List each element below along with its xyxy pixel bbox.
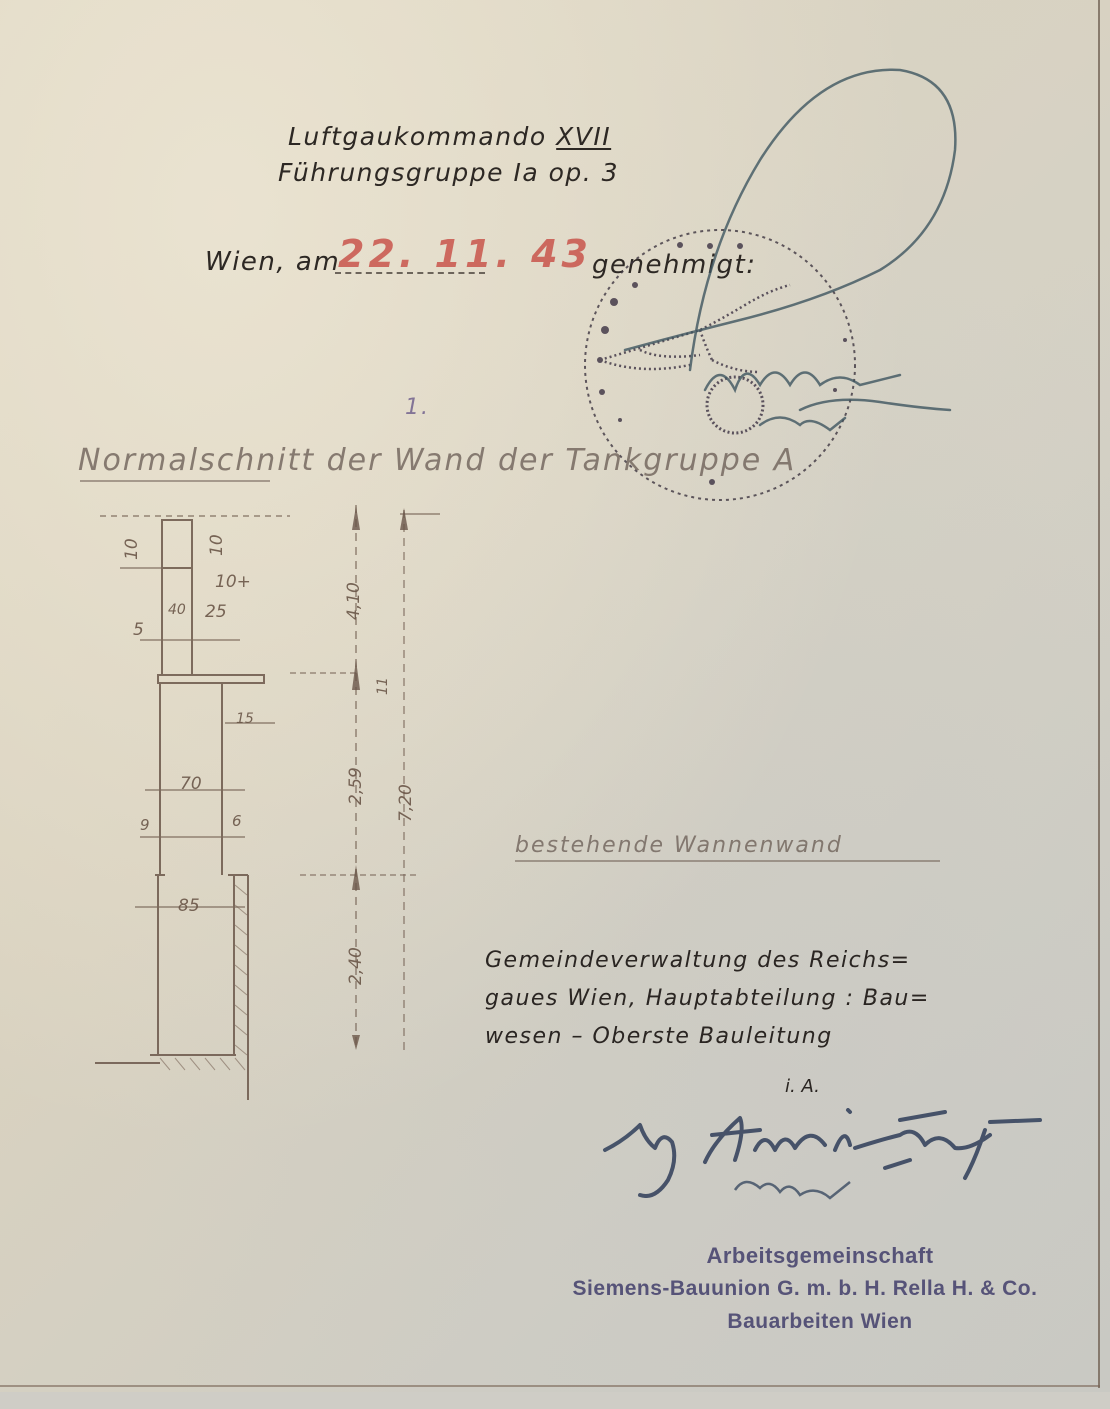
authority-signature-layer bbox=[0, 0, 1110, 1409]
contractor-stamp-line-2: Siemens-Bauunion G. m. b. H. Rella H. & … bbox=[560, 1277, 1050, 1301]
contractor-stamp-line-1: Arbeitsgemeinschaft bbox=[560, 1243, 1080, 1269]
authority-signature-icon bbox=[605, 1110, 1040, 1196]
contractor-stamp-line-3: Bauarbeiten Wien bbox=[560, 1310, 1080, 1334]
